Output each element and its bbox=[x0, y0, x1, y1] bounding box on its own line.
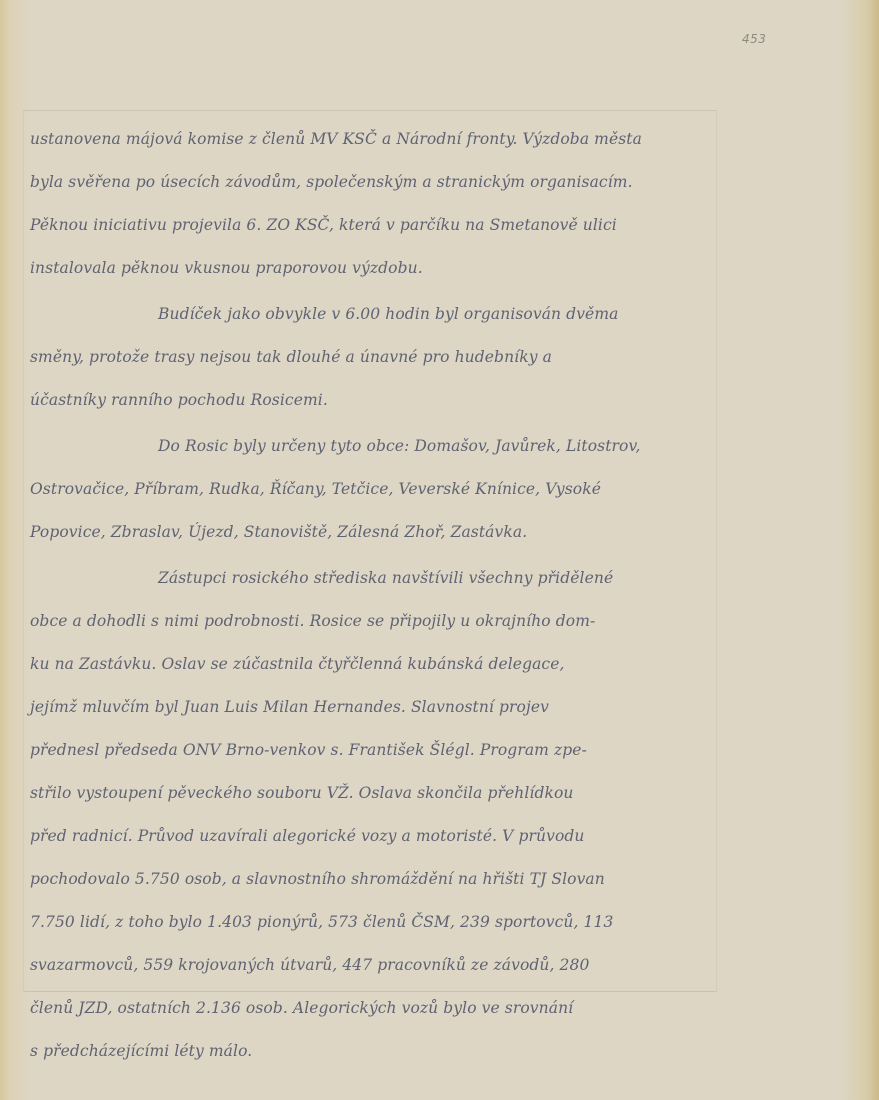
text-line: účastníky ranního pochodu Rosicemi. bbox=[30, 379, 720, 422]
text-line: jejímž mluvčím byl Juan Luis Milan Herna… bbox=[30, 686, 720, 729]
text-line: před radnicí. Průvod uzavírali alegorick… bbox=[30, 815, 720, 858]
text-line: 7.750 lidí, z toho bylo 1.403 pionýrů, 5… bbox=[30, 901, 720, 944]
scanned-page: 453 ustanovena májová komise z členů MV … bbox=[0, 0, 879, 1100]
text-line: Popovice, Zbraslav, Újezd, Stanoviště, Z… bbox=[30, 511, 720, 554]
text-line: byla svěřena po úsecích závodům, společe… bbox=[30, 161, 720, 204]
paragraph-start-line: Budíček jako obvykle v 6.00 hodin byl or… bbox=[30, 293, 720, 336]
text-line: s předcházejícími léty málo. bbox=[30, 1030, 720, 1073]
text-line: Pěknou iniciativu projevila 6. ZO KSČ, k… bbox=[30, 204, 720, 247]
text-line: členů JZD, ostatních 2.136 osob. Alegori… bbox=[30, 987, 720, 1030]
text-line: svazarmovců, 559 krojovaných útvarů, 447… bbox=[30, 944, 720, 987]
handwritten-text-block: ustanovena májová komise z členů MV KSČ … bbox=[30, 118, 720, 1073]
text-line: ustanovena májová komise z členů MV KSČ … bbox=[30, 118, 720, 161]
text-line: instalovala pěknou vkusnou praporovou vý… bbox=[30, 247, 720, 290]
text-line: Ostrovačice, Příbram, Rudka, Říčany, Tet… bbox=[30, 468, 720, 511]
text-line: obce a dohodli s nimi podrobnosti. Rosic… bbox=[30, 600, 720, 643]
text-line: směny, protože trasy nejsou tak dlouhé a… bbox=[30, 336, 720, 379]
page-number: 453 bbox=[742, 32, 766, 46]
text-line: střilo vystoupení pěveckého souboru VŽ. … bbox=[30, 772, 720, 815]
paragraph-start-line: Zástupci rosického střediska navštívili … bbox=[30, 557, 720, 600]
text-line: ku na Zastávku. Oslav se zúčastnila čtyř… bbox=[30, 643, 720, 686]
text-line: pochodovalo 5.750 osob, a slavnostního s… bbox=[30, 858, 720, 901]
paragraph-start-line: Do Rosic byly určeny tyto obce: Domašov,… bbox=[30, 425, 720, 468]
text-line: přednesl předseda ONV Brno-venkov s. Fra… bbox=[30, 729, 720, 772]
